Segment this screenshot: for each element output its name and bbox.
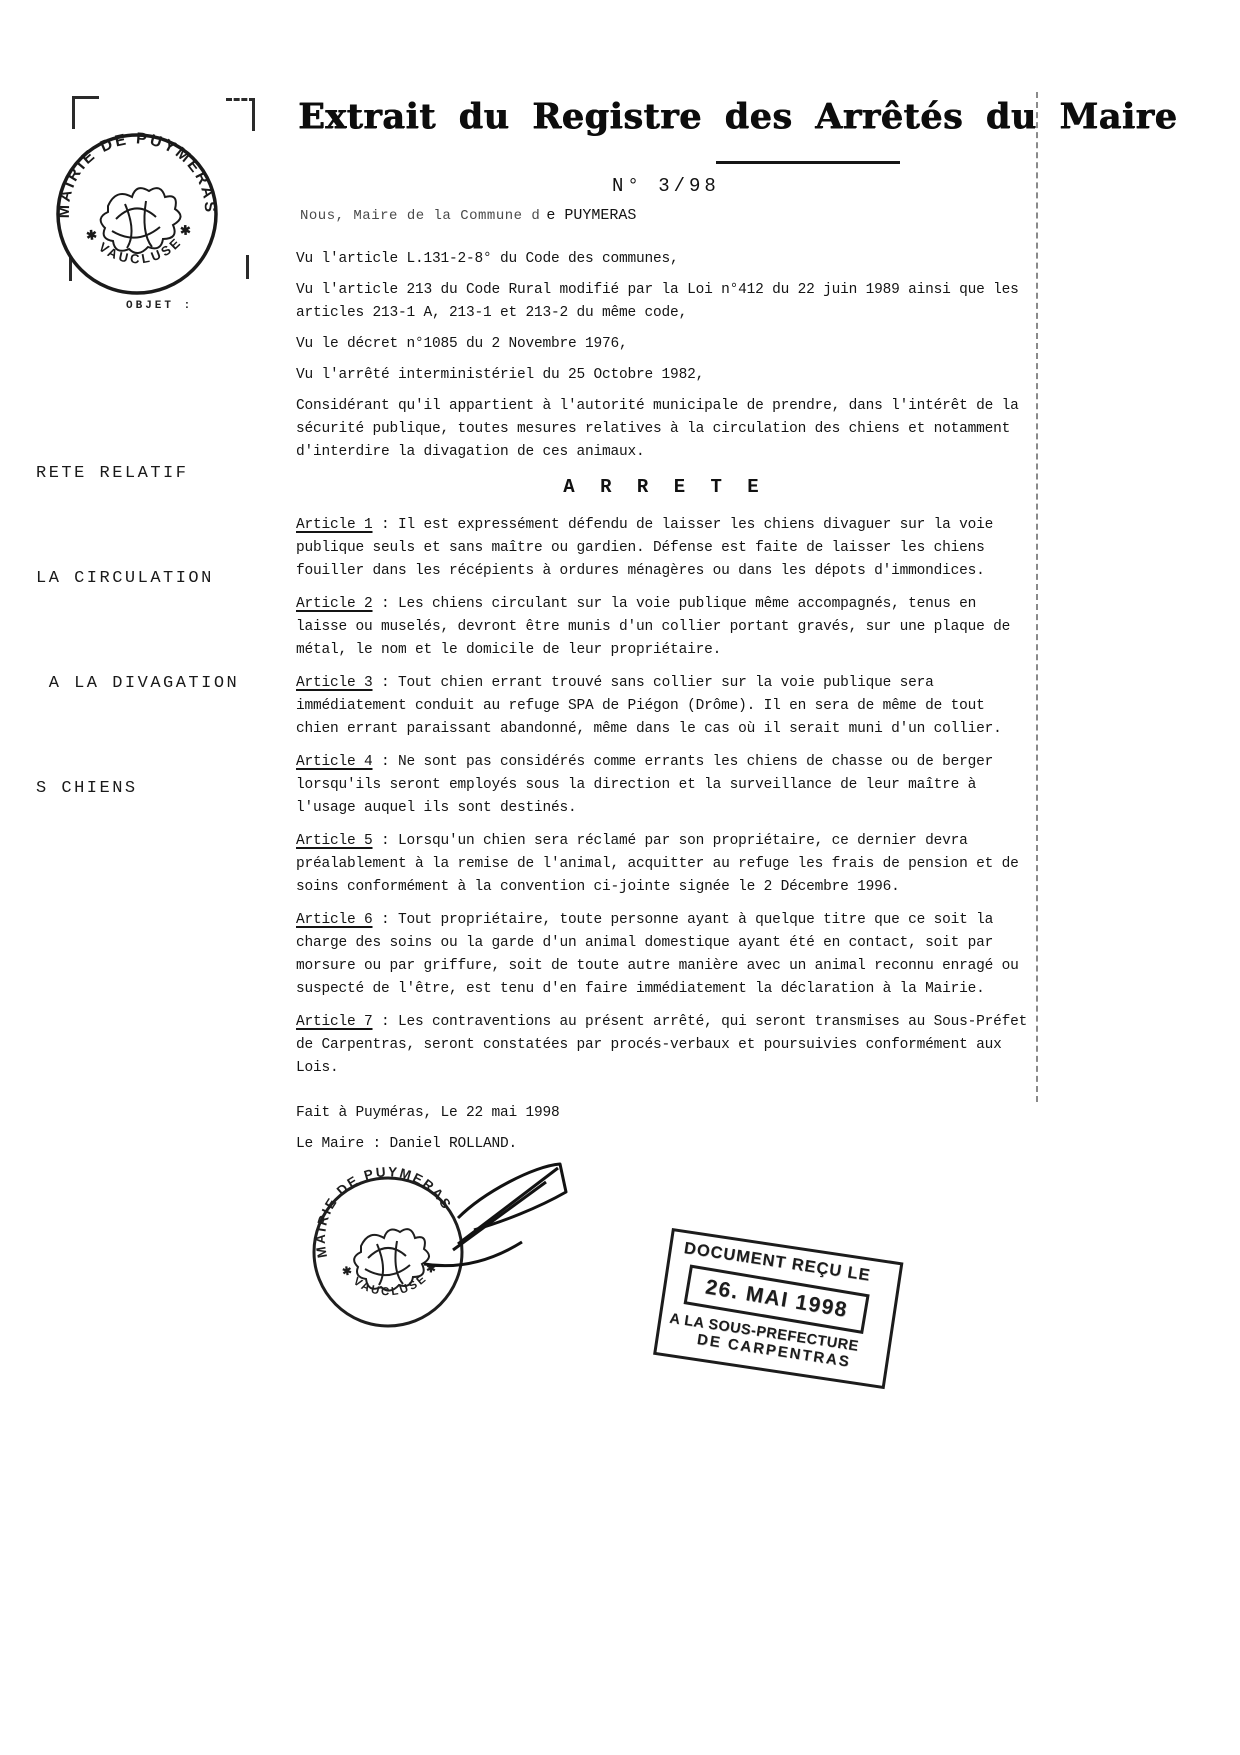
title-underline [716,161,900,164]
article-4-text: : Ne sont pas considérés comme errants l… [296,754,993,816]
seal-arc-top-text: MAIRIE DE PUYMERAS [56,130,218,218]
stamp-date: 26. MAI 1998 [704,1276,850,1322]
seal-arc-top-text: MAIRIE DE PUYMERAS [313,1164,455,1259]
commune-name: e PUYMERAS [546,207,636,224]
article-4-label: Article 4 [296,754,373,770]
document-body: Vu l'article L.131-2-8° du Code des comm… [296,248,1028,1164]
svg-text:MAIRIE DE PUYMERAS: MAIRIE DE PUYMERAS [313,1164,455,1259]
article-5: Article 5 : Lorsqu'un chien sera réclamé… [296,830,1028,899]
right-margin-dashed-line [1036,92,1038,1102]
svg-text:✱ VAUCLUSE ✱: ✱ VAUCLUSE ✱ [82,219,196,266]
article-1-text: : Il est expressément défendu de laisser… [296,517,993,579]
intro-line: Nous, Maire de la Commune de PUYMERAS [300,207,636,224]
registration-mark [72,96,99,129]
article-3: Article 3 : Tout chien errant trouvé san… [296,672,1028,741]
article-7-text: : Les contraventions au présent arrêté, … [296,1014,1027,1076]
article-2-label: Article 2 [296,596,373,612]
article-3-text: : Tout chien errant trouvé sans collier … [296,675,1002,737]
objet-subject-block: RETE RELATIF LA CIRCULATION A LA DIVAGAT… [36,386,239,876]
article-4: Article 4 : Ne sont pas considérés comme… [296,751,1028,820]
objet-line: LA CIRCULATION [36,561,239,596]
mairie-seal-stamp: MAIRIE DE PUYMERAS ✱ VAUCLUSE ✱ [50,126,225,301]
objet-line: A LA DIVAGATION [36,666,239,701]
article-5-label: Article 5 [296,833,373,849]
seal-arc-bottom-text: ✱ VAUCLUSE ✱ [82,219,196,266]
arrete-heading: A R R E T E [296,476,1028,498]
decree-number: N° 3/98 [612,175,720,197]
intro-prefix: Nous, Maire de la Commune d [300,208,540,224]
article-6: Article 6 : Tout propriétaire, toute per… [296,909,1028,1001]
article-1: Article 1 : Il est expressément défendu … [296,514,1028,583]
article-2: Article 2 : Les chiens circulant sur la … [296,593,1028,662]
place-and-date: Fait à Puyméras, Le 22 mai 1998 [296,1102,1028,1125]
vu-clause: Vu l'arrêté interministériel du 25 Octob… [296,364,1028,387]
registration-mark [246,255,249,279]
objet-line: S CHIENS [36,771,239,806]
objet-label: OBJET : [126,300,193,312]
article-6-text: : Tout propriétaire, toute personne ayan… [296,912,1019,997]
reception-stamp: DOCUMENT REÇU LE 26. MAI 1998 A LA SOUS-… [653,1228,903,1389]
article-7: Article 7 : Les contraventions au présen… [296,1011,1028,1080]
vu-clause: Vu l'article L.131-2-8° du Code des comm… [296,248,1028,271]
mairie-seal-signature: MAIRIE DE PUYMERAS ✱ VAUCLUSE ✱ [306,1150,586,1345]
article-3-label: Article 3 [296,675,373,691]
article-6-label: Article 6 [296,912,373,928]
document-title: Extrait du Registre des Arrêtés du Maire [298,96,1177,137]
article-5-text: : Lorsqu'un chien sera réclamé par son p… [296,833,1019,895]
svg-text:MAIRIE DE PUYMERAS: MAIRIE DE PUYMERAS [56,130,218,218]
article-2-text: : Les chiens circulant sur la voie publi… [296,596,1010,658]
document-page: MAIRIE DE PUYMERAS ✱ VAUCLUSE ✱ OBJET : … [0,0,1240,1755]
vu-clause: Vu le décret n°1085 du 2 Novembre 1976, [296,333,1028,356]
vu-clause: Vu l'article 213 du Code Rural modifié p… [296,279,1028,325]
article-7-label: Article 7 [296,1014,373,1030]
registration-mark [226,98,255,131]
objet-line: RETE RELATIF [36,456,239,491]
article-1-label: Article 1 [296,517,373,533]
signature-scrawl [424,1164,566,1266]
considerant-clause: Considérant qu'il appartient à l'autorit… [296,395,1028,464]
